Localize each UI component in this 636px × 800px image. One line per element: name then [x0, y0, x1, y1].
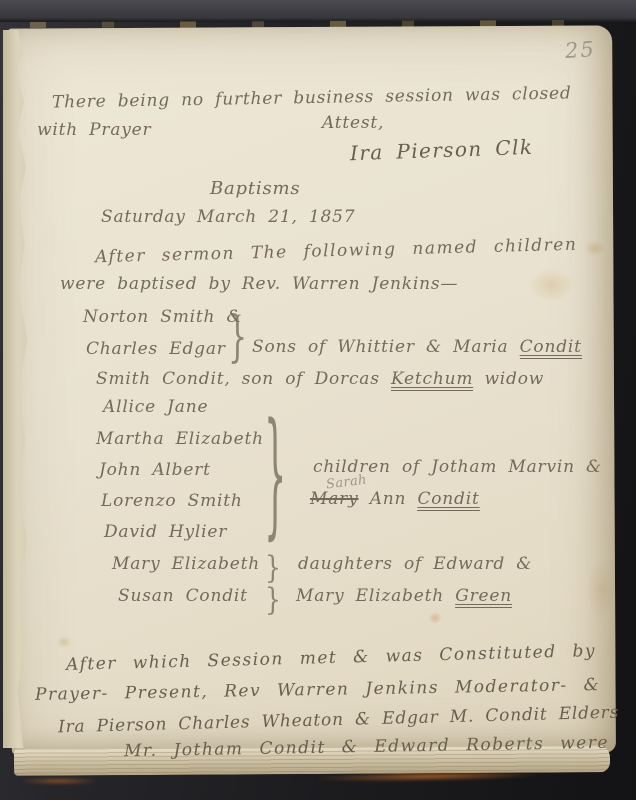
baptized-name: David Hylier: [104, 522, 227, 542]
baptized-name: John Albert: [99, 460, 211, 480]
group-note: Mary Elizabeth Green: [296, 586, 512, 606]
closing-line-2: with Prayer: [37, 120, 151, 140]
baptized-name: Allice Jane: [103, 397, 208, 417]
baptized-name: Susan Condit: [118, 586, 248, 606]
baptized-name: Norton Smith &: [83, 307, 242, 327]
baptized-name: Martha Elizabeth: [96, 429, 264, 449]
group-note-text: Ann: [358, 489, 417, 509]
baptized-name: Lorenzo Smith: [101, 491, 243, 511]
underlined-surname: Condit: [417, 489, 479, 511]
background-top-shadow: [0, 0, 636, 22]
underlined-surname: Green: [455, 586, 512, 608]
baptized-entry-line: Smith Condit, son of Dorcas Ketchum wido…: [96, 369, 544, 389]
group-note-text: Sons of Whittier & Maria: [252, 337, 520, 357]
cover-wear-mark: [22, 777, 97, 785]
brace-glyph: }: [265, 549, 281, 585]
entry-text: Smith Condit, son of Dorcas: [96, 369, 391, 389]
baptized-name: Mary Elizabeth: [112, 554, 260, 574]
entry-text: widow: [473, 369, 544, 389]
brace-glyph: }: [265, 581, 281, 617]
group-note: SarahMary Ann Condit: [310, 489, 480, 509]
group-note: Sons of Whittier & Maria Condit: [252, 337, 582, 357]
baptized-name: Charles Edgar: [86, 339, 226, 359]
attest-label: Attest,: [322, 113, 384, 133]
brace-glyph: }: [264, 396, 286, 554]
manuscript-photo: 25 There being no further business sessi…: [0, 0, 636, 800]
underlined-surname: Ketchum: [391, 369, 473, 391]
baptisms-intro-2: were baptised by Rev. Warren Jenkins—: [60, 274, 458, 294]
group-note-text: Mary Elizabeth: [296, 586, 455, 606]
underlined-surname: Condit: [520, 337, 582, 359]
group-note: daughters of Edward &: [298, 554, 532, 574]
baptisms-heading: Baptisms: [210, 178, 300, 199]
page-number: 25: [564, 37, 596, 63]
brace-glyph: }: [228, 305, 247, 370]
struck-word: Mary: [310, 489, 358, 509]
baptisms-date: Saturday March 21, 1857: [101, 207, 355, 227]
